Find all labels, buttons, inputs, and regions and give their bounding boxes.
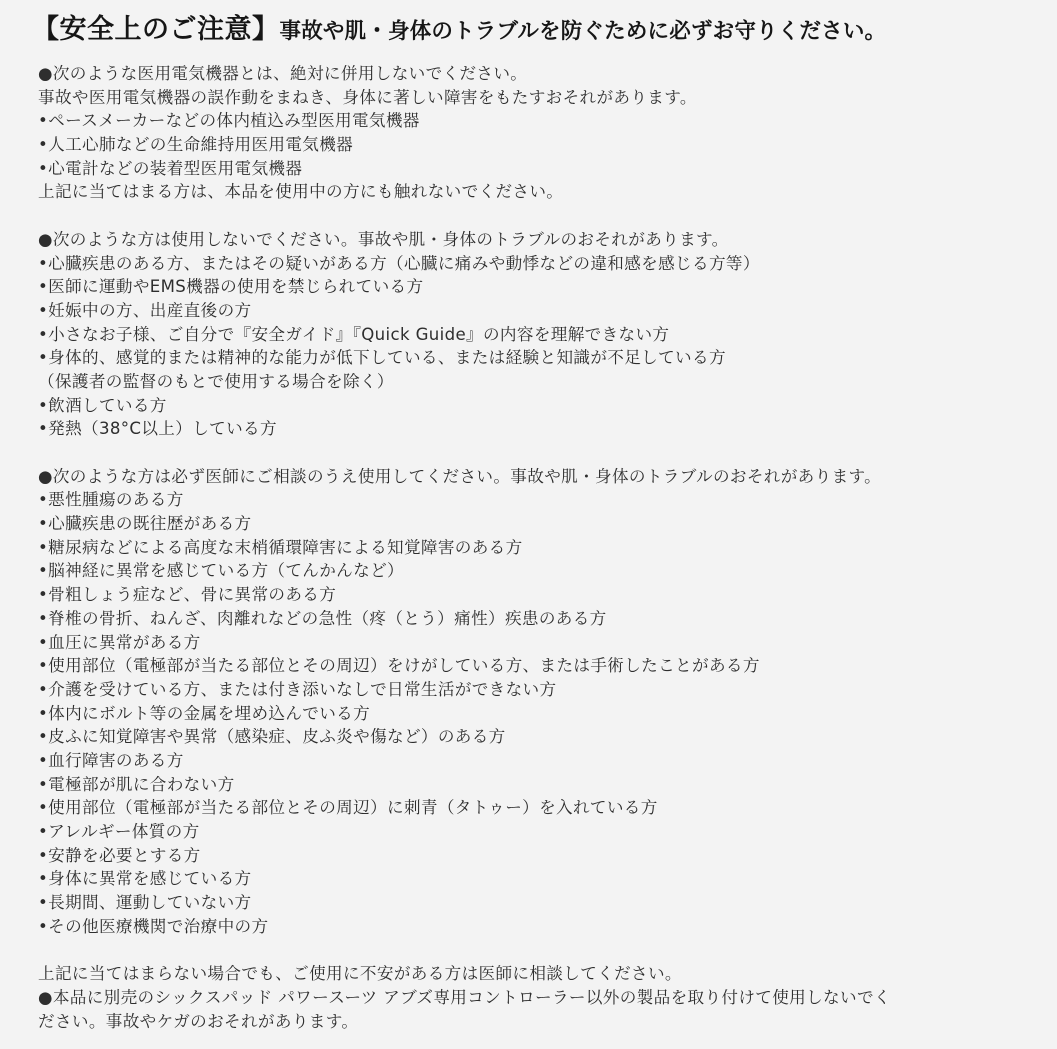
list-item: •発熱（38°C以上）している方 <box>38 417 1048 441</box>
list-item: •安静を必要とする方 <box>38 844 1048 868</box>
list-item: •アレルギー体質の方 <box>38 820 1048 844</box>
list-item: •医師に運動やEMS機器の使用を禁じられている方 <box>38 275 1048 299</box>
list-item: •妊娠中の方、出産直後の方 <box>38 299 1048 323</box>
list-item: •人工心肺などの生命維持用医用電気機器 <box>38 133 1048 157</box>
list-item: •飲酒している方 <box>38 394 1048 418</box>
page-title: 【安全上のご注意】事故や肌・身体のトラブルを防ぐために必ずお守りください。 <box>32 12 886 51</box>
list-item: •血圧に異常がある方 <box>38 631 1048 655</box>
spacer <box>38 204 1048 228</box>
list-item: •その他医療機関で治療中の方 <box>38 915 1048 939</box>
section-medical-devices: ●次のような医用電気機器とは、絶対に併用しないでください。 事故や医用電気機器の… <box>38 62 1048 204</box>
list-item: •心臓疾患のある方、またはその疑いがある方（心臓に痛みや動悸などの違和感を感じる… <box>38 252 1048 276</box>
list-item: •脳神経に異常を感じている方（てんかんなど） <box>38 559 1048 583</box>
spacer <box>38 938 1048 962</box>
list-item: 事故や医用電気機器の誤作動をまねき、身体に著しい障害をもたすおそれがあります。 <box>38 86 1048 110</box>
list-item: •身体に異常を感じている方 <box>38 867 1048 891</box>
accessory-warning-line-1: ●本品に別売のシックスパッド パワースーツ アブズ専用コントローラー以外の製品を… <box>38 986 1048 1010</box>
list-item: •体内にボルト等の金属を埋め込んでいる方 <box>38 702 1048 726</box>
list-item: 上記に当てはまる方は、本品を使用中の方にも触れないでください。 <box>38 180 1048 204</box>
list-item: •長期間、運動していない方 <box>38 891 1048 915</box>
title-lead: 【安全上のご注意】 <box>32 14 280 45</box>
consult-note: 上記に当てはまらない場合でも、ご使用に不安がある方は医師に相談してください。 <box>38 962 1048 986</box>
list-item: •悪性腫瘍のある方 <box>38 488 1048 512</box>
section-heading: ●次のような医用電気機器とは、絶対に併用しないでください。 <box>38 62 1048 86</box>
section-heading: ●次のような方は必ず医師にご相談のうえ使用してください。事故や肌・身体のトラブル… <box>38 465 1048 489</box>
list-item: •使用部位（電極部が当たる部位とその周辺）をけがしている方、または手術したことが… <box>38 654 1048 678</box>
list-item: •介護を受けている方、または付き添いなしで日常生活ができない方 <box>38 678 1048 702</box>
list-item: •ペースメーカーなどの体内植込み型医用電気機器 <box>38 109 1048 133</box>
list-item: •皮ふに知覚障害や異常（感染症、皮ふ炎や傷など）のある方 <box>38 725 1048 749</box>
safety-notice-page: 【安全上のご注意】事故や肌・身体のトラブルを防ぐために必ずお守りください。 ●次… <box>0 0 1057 1049</box>
section-heading: ●次のような方は使用しないでください。事故や肌・身体のトラブルのおそれがあります… <box>38 228 1048 252</box>
list-item: •血行障害のある方 <box>38 749 1048 773</box>
footer-notes: 上記に当てはまらない場合でも、ご使用に不安がある方は医師に相談してください。 ●… <box>38 962 1048 1033</box>
list-item: •身体的、感覚的または精神的な能力が低下している、または経験と知識が不足している… <box>38 346 1048 370</box>
list-item: •電極部が肌に合わない方 <box>38 773 1048 797</box>
list-item: •心臓疾患の既往歴がある方 <box>38 512 1048 536</box>
list-item: •使用部位（電極部が当たる部位とその周辺）に刺青（タトゥー）を入れている方 <box>38 796 1048 820</box>
section-do-not-use: ●次のような方は使用しないでください。事故や肌・身体のトラブルのおそれがあります… <box>38 228 1048 441</box>
accessory-warning-line-2: ださい。事故やケガのおそれがあります。 <box>38 1010 1048 1034</box>
list-item: •糖尿病などによる高度な末梢循環障害による知覚障害のある方 <box>38 536 1048 560</box>
list-item: •心電計などの装着型医用電気機器 <box>38 157 1048 181</box>
section-consult-doctor: ●次のような方は必ず医師にご相談のうえ使用してください。事故や肌・身体のトラブル… <box>38 465 1048 939</box>
list-item: •脊椎の骨折、ねんざ、肉離れなどの急性（疼（とう）痛性）疾患のある方 <box>38 607 1048 631</box>
notice-body: ●次のような医用電気機器とは、絶対に併用しないでください。 事故や医用電気機器の… <box>38 62 1048 1033</box>
list-item: （保護者の監督のもとで使用する場合を除く） <box>38 370 1048 394</box>
title-subtitle: 事故や肌・身体のトラブルを防ぐために必ずお守りください。 <box>280 19 887 44</box>
spacer <box>38 441 1048 465</box>
list-item: •小さなお子様、ご自分で『安全ガイド』『Quick Guide』の内容を理解でき… <box>38 323 1048 347</box>
list-item: •骨粗しょう症など、骨に異常のある方 <box>38 583 1048 607</box>
